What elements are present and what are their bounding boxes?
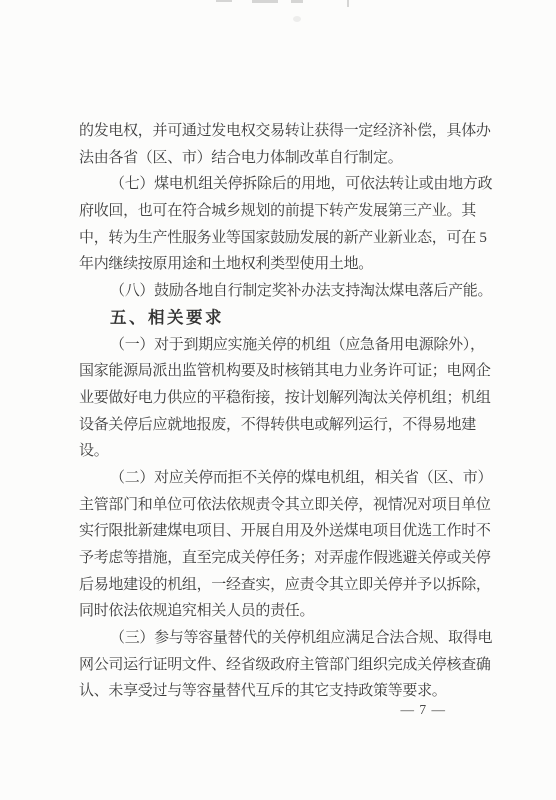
document-line: 实行限批新建煤电项目、开展自用及外送煤电项目优选工作时不 [79, 518, 491, 545]
line-text: 认、未享受过与等容量替代互斥的其它支持政策等要求。 [79, 683, 447, 699]
line-text: 中，转为生产性服务业等国家鼓励发展的新产业新业态，可在 5 [79, 230, 487, 246]
line-text: 主管部门和单位可依法依规责令其立即关停，视情况对项目单位 [79, 497, 491, 513]
scan-artifact [216, 0, 232, 2]
document-line: （八）鼓励各地自行制定奖补办法支持淘汰煤电落后产能。 [79, 278, 491, 305]
document-line: 法由各省（区、市）结合电力体制改革自行制定。 [79, 145, 491, 172]
document-line: 设备关停后应就地报废，不得转供电或解列运行，不得易地建 [79, 412, 491, 439]
document-line: 后易地建设的机组，一经查实，应责令其立即关停并予以拆除， [79, 572, 491, 599]
scan-artifact [291, 0, 303, 3]
line-text: 予考虑等措施，直至完成关停任务；对弄虚作假逃避关停或关停 [79, 550, 491, 566]
document-line: 主管部门和单位可依法依规责令其立即关停，视情况对项目单位 [79, 492, 491, 519]
section-heading: 五、相关要求 [79, 305, 491, 332]
line-text: 年内继续按原用途和土地权利类型使用土地。 [79, 256, 373, 272]
line-text: 设。 [79, 443, 108, 459]
document-line: 中，转为生产性服务业等国家鼓励发展的新产业新业态，可在 5 [79, 225, 491, 252]
line-text: （三）参与等容量替代的关停机组应满足合法合规、取得电 [110, 630, 492, 646]
document-line: 业要做好电力供应的平稳衔接，按计划解列淘汰关停机组；机组 [79, 385, 491, 412]
page-number: — 7 — [401, 702, 447, 718]
line-text: 设备关停后应就地报废，不得转供电或解列运行，不得易地建 [79, 417, 476, 433]
line-text: （八）鼓励各地自行制定奖补办法支持淘汰煤电落后产能。 [110, 283, 492, 299]
line-text: 法由各省（区、市）结合电力体制改革自行制定。 [79, 150, 402, 166]
document-line: （一）对于到期应实施关停的机组（应急备用电源除外）， [79, 332, 491, 359]
line-text: 国家能源局派出监管机构要及时核销其电力业务许可证；电网企 [79, 363, 491, 379]
document-line: （二）对应关停而拒不关停的煤电机组，相关省（区、市） [79, 465, 491, 492]
line-text: 后易地建设的机组，一经查实，应责令其立即关停并予以拆除， [79, 577, 491, 593]
document-line: 同时依法依规追究相关人员的责任。 [79, 598, 491, 625]
line-text: 同时依法依规追究相关人员的责任。 [79, 603, 314, 619]
scan-artifact [293, 16, 301, 22]
document-line: 年内继续按原用途和土地权利类型使用土地。 [79, 251, 491, 278]
line-text: 网公司运行证明文件、经省级政府主管部门组织完成关停核查确 [79, 657, 491, 673]
line-text: （一）对于到期应实施关停的机组（应急备用电源除外）， [110, 337, 485, 353]
scan-artifact [347, 0, 349, 7]
document-line: 的发电权，并可通过发电权交易转让获得一定经济补偿，具体办 [79, 118, 491, 145]
document-line: 网公司运行证明文件、经省级政府主管部门组织完成关停核查确 [79, 652, 491, 679]
line-text: （七）煤电机组关停拆除后的用地，可依法转让或由地方政 [110, 176, 492, 192]
document-line: 予考虑等措施，直至完成关停任务；对弄虚作假逃避关停或关停 [79, 545, 491, 572]
document-line: 国家能源局派出监管机构要及时核销其电力业务许可证；电网企 [79, 358, 491, 385]
scanned-document-page: 的发电权，并可通过发电权交易转让获得一定经济补偿，具体办 法由各省（区、市）结合… [0, 0, 556, 800]
document-line: 府收回，也可在符合城乡规划的前提下转产发展第三产业。其 [79, 198, 491, 225]
line-text: 实行限批新建煤电项目、开展自用及外送煤电项目优选工作时不 [79, 523, 491, 539]
line-text: 五、相关要求 [110, 309, 224, 327]
document-line: （三）参与等容量替代的关停机组应满足合法合规、取得电 [79, 625, 491, 652]
document-line: 设。 [79, 438, 491, 465]
line-text: 的发电权，并可通过发电权交易转让获得一定经济补偿，具体办 [79, 123, 491, 139]
document-line: （七）煤电机组关停拆除后的用地，可依法转让或由地方政 [79, 171, 491, 198]
line-text: （二）对应关停而拒不关停的煤电机组，相关省（区、市） [110, 470, 492, 486]
line-text: 府收回，也可在符合城乡规划的前提下转产发展第三产业。其 [79, 203, 476, 219]
document-body: 的发电权，并可通过发电权交易转让获得一定经济补偿，具体办 法由各省（区、市）结合… [79, 118, 491, 705]
scan-artifact [252, 0, 278, 3]
line-text: 业要做好电力供应的平稳衔接，按计划解列淘汰关停机组；机组 [79, 390, 491, 406]
